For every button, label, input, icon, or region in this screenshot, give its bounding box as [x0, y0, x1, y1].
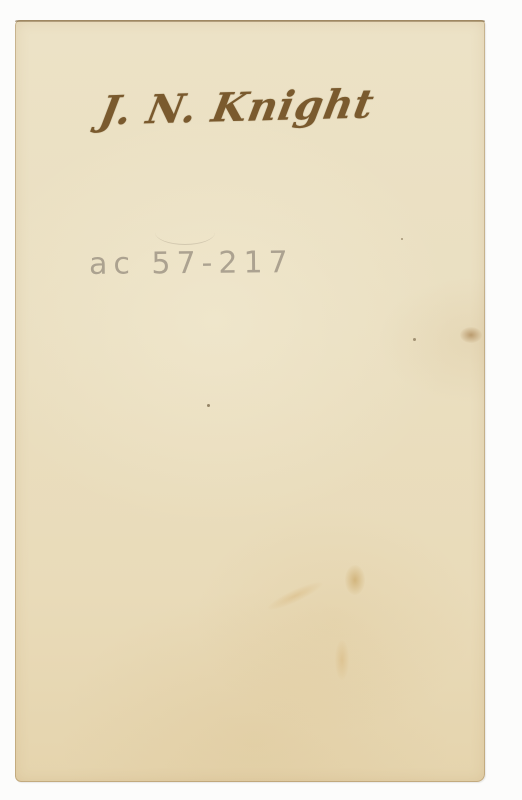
scan-background: J. N. Knight ac 57-217	[0, 0, 522, 800]
speck	[207, 404, 210, 407]
speck	[413, 338, 416, 341]
speck	[401, 238, 403, 240]
foxing-stain	[345, 565, 365, 595]
pencil-accession-number: ac 57-217	[89, 245, 294, 282]
faint-pencil-mark	[155, 220, 215, 245]
foxing-stain	[335, 640, 349, 680]
edge-stain	[460, 327, 482, 343]
foxing-stain	[265, 578, 324, 614]
photo-card-back: J. N. Knight ac 57-217	[15, 20, 485, 782]
ink-signature: J. N. Knight	[96, 80, 378, 134]
